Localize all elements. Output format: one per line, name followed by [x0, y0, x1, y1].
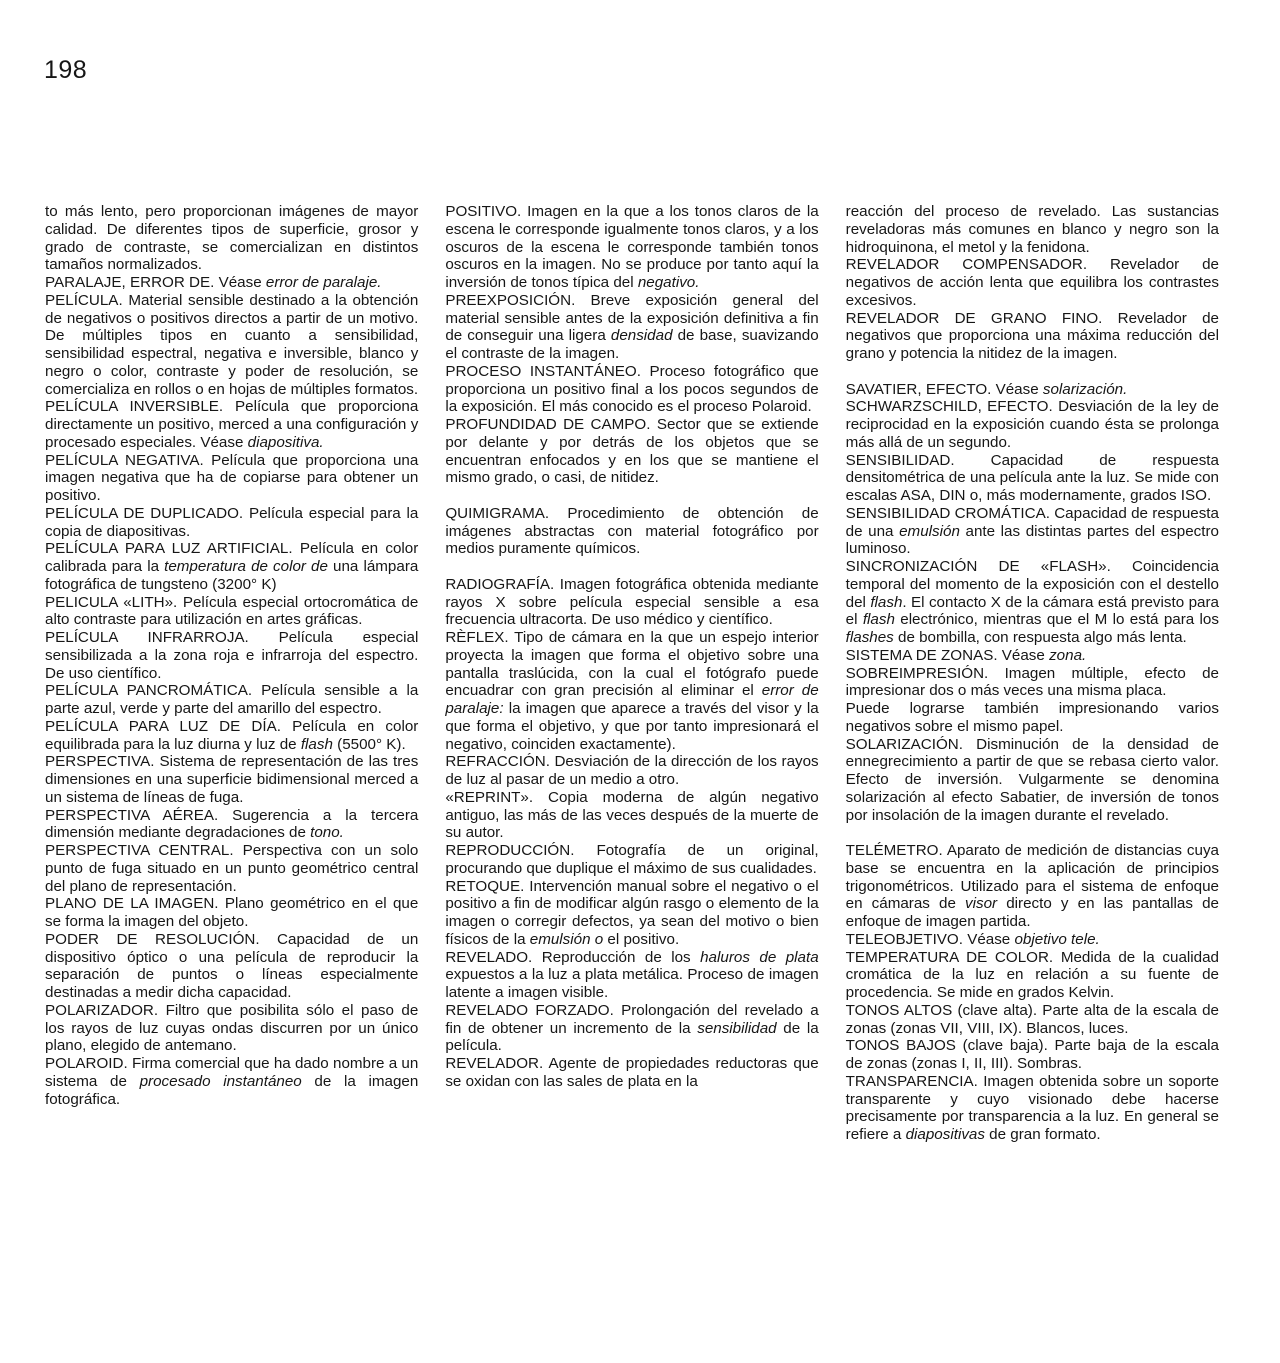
italic-reference: sensibilidad — [697, 1020, 776, 1037]
glossary-term: SISTEMA DE ZONAS. — [846, 647, 998, 664]
glossary-term: SINCRONIZACIÓN DE «FLASH». — [846, 558, 1111, 575]
glossary-term: POLARIZADOR. — [45, 1002, 158, 1019]
glossary-entry: TONOS BAJOS (clave baja). Parte baja de … — [846, 1037, 1219, 1073]
glossary-entry: REVELADO FORZADO. Prolongación del revel… — [445, 1002, 818, 1055]
glossary-term: PELÍCULA PANCROMÁTICA. — [45, 682, 252, 699]
glossary-term: SENSIBILIDAD CROMÁTICA. — [846, 505, 1050, 522]
glossary-term: POLAROID. — [45, 1055, 128, 1072]
text-columns: to más lento, pero proporcionan imágenes… — [45, 203, 1219, 1144]
definition-text: (5500° K). — [333, 736, 406, 753]
glossary-term: TONOS BAJOS — [846, 1037, 956, 1054]
glossary-term: PARALAJE, ERROR DE. — [45, 274, 214, 291]
glossary-entry: PELÍCULA INFRARROJA. Película especial s… — [45, 629, 418, 682]
glossary-term: REPRODUCCIÓN. — [445, 842, 574, 859]
glossary-continuation: reacción del proceso de revelado. Las su… — [846, 203, 1219, 256]
glossary-continuation: to más lento, pero proporcionan imágenes… — [45, 203, 418, 274]
glossary-term: PERSPECTIVA CENTRAL. — [45, 842, 234, 859]
glossary-entry: POSITIVO. Imagen en la que a los tonos c… — [445, 203, 818, 292]
glossary-entry: PELÍCULA NEGATIVA. Película que proporci… — [45, 452, 418, 505]
glossary-entry: PELÍCULA PARA LUZ ARTIFICIAL. Película e… — [45, 540, 418, 593]
italic-reference: zona. — [1049, 647, 1086, 664]
glossary-entry: PERSPECTIVA CENTRAL. Perspectiva con un … — [45, 842, 418, 895]
glossary-entry: REVELADO. Reproducción de los haluros de… — [445, 949, 818, 1002]
glossary-entry: REFRACCIÓN. Desviación de la dirección d… — [445, 753, 818, 789]
glossary-term: SOLARIZACIÓN. — [846, 736, 963, 753]
glossary-entry: REVELADOR. Agente de propiedades reducto… — [445, 1055, 818, 1091]
glossary-entry: PREEXPOSICIÓN. Breve exposición general … — [445, 292, 818, 363]
definition-text: de bombilla, con respuesta algo más lent… — [894, 629, 1187, 646]
glossary-entry: PELÍCULA PANCROMÁTICA. Película sensible… — [45, 682, 418, 718]
glossary-entry: SCHWARZSCHILD, EFECTO. Desviación de la … — [846, 398, 1219, 451]
definition-text: Reproducción de los — [532, 949, 700, 966]
glossary-entry: REVELADOR COMPENSADOR. Revelador de nega… — [846, 256, 1219, 309]
glossary-entry: RÈFLEX. Tipo de cámara en la que un espe… — [445, 629, 818, 753]
glossary-entry: PELÍCULA. Material sensible destinado a … — [45, 292, 418, 399]
glossary-term: TEMPERATURA DE COLOR. — [846, 949, 1054, 966]
glossary-term: SOBREIMPRESIÓN. — [846, 665, 989, 682]
glossary-entry: «REPRINT». Copia moderna de algún negati… — [445, 789, 818, 842]
glossary-entry: RADIOGRAFÍA. Imagen fotográfica obtenida… — [445, 576, 818, 629]
glossary-entry: PERSPECTIVA. Sistema de representación d… — [45, 753, 418, 806]
glossary-term: TONOS ALTOS — [846, 1002, 953, 1019]
glossary-entry: PELÍCULA DE DUPLICADO. Película especial… — [45, 505, 418, 541]
italic-reference: objetivo tele. — [1014, 931, 1099, 948]
glossary-term: PREEXPOSICIÓN. — [445, 292, 575, 309]
glossary-entry: SISTEMA DE ZONAS. Véase zona. — [846, 647, 1219, 665]
glossary-entry: PERSPECTIVA AÉREA. Sugerencia a la terce… — [45, 807, 418, 843]
glossary-term: REFRACCIÓN. — [445, 753, 550, 770]
glossary-term: RÈFLEX. — [445, 629, 508, 646]
column-2: POSITIVO. Imagen en la que a los tonos c… — [445, 203, 818, 1144]
glossary-continuation: Puede lograrse también impresionando var… — [846, 700, 1219, 736]
glossary-term: REVELADO FORZADO. — [445, 1002, 613, 1019]
glossary-term: PODER DE RESOLUCIÓN. — [45, 931, 260, 948]
glossary-entry: POLAROID. Firma comercial que ha dado no… — [45, 1055, 418, 1108]
glossary-term: PELÍCULA INVERSIBLE. — [45, 398, 223, 415]
definition-text: Véase — [998, 647, 1050, 664]
glossary-term: SCHWARZSCHILD, EFECTO. — [846, 398, 1053, 415]
glossary-term: TELÉMETRO. — [846, 842, 943, 859]
glossary-entry: TELEOBJETIVO. Véase objetivo tele. — [846, 931, 1219, 949]
glossary-entry: PROCESO INSTANTÁNEO. Proceso fotográfico… — [445, 363, 818, 416]
italic-reference: flash — [301, 736, 333, 753]
glossary-term: PELICULA «LITH». — [45, 594, 177, 611]
glossary-entry: REPRODUCCIÓN. Fotografía de un original,… — [445, 842, 818, 878]
glossary-term: REVELADOR COMPENSADOR. — [846, 256, 1087, 273]
glossary-entry: SOLARIZACIÓN. Disminución de la densidad… — [846, 736, 1219, 825]
glossary-term: PERSPECTIVA AÉREA. — [45, 807, 218, 824]
italic-reference: diapositivas — [906, 1126, 985, 1143]
definition-text: Puede lograrse también impresionando var… — [846, 700, 1219, 735]
glossary-entry: SENSIBILIDAD CROMÁTICA. Capacidad de res… — [846, 505, 1219, 558]
glossary-term: QUIMIGRAMA. — [445, 505, 549, 522]
italic-reference: procesado instantáneo — [140, 1073, 302, 1090]
italic-reference: flash — [863, 611, 895, 628]
italic-reference: temperatura de color de — [164, 558, 328, 575]
italic-reference: negativo. — [638, 274, 700, 291]
definition-text: reacción del proceso de revelado. Las su… — [846, 203, 1219, 256]
column-3: reacción del proceso de revelado. Las su… — [846, 203, 1219, 1144]
column-1: to más lento, pero proporcionan imágenes… — [45, 203, 418, 1144]
page-number: 198 — [44, 56, 87, 84]
italic-reference: tono. — [310, 824, 344, 841]
glossary-term: SAVATIER, EFECTO. — [846, 381, 992, 398]
glossary-term: PELÍCULA INFRARROJA. — [45, 629, 249, 646]
glossary-entry: TEMPERATURA DE COLOR. Medida de la cuali… — [846, 949, 1219, 1002]
glossary-entry: SAVATIER, EFECTO. Véase solarización. — [846, 381, 1219, 399]
glossary-term: RADIOGRAFÍA. — [445, 576, 554, 593]
definition-text: to más lento, pero proporcionan imágenes… — [45, 203, 418, 273]
glossary-term: PELÍCULA. — [45, 292, 123, 309]
italic-reference: densidad — [611, 327, 673, 344]
glossary-entry: QUIMIGRAMA. Procedimiento de obtención d… — [445, 505, 818, 558]
glossary-entry: PARALAJE, ERROR DE. Véase error de paral… — [45, 274, 418, 292]
definition-text: de gran formato. — [985, 1126, 1101, 1143]
italic-reference: flash — [870, 594, 902, 611]
italic-reference: visor — [965, 895, 997, 912]
glossary-entry: PODER DE RESOLUCIÓN. Capacidad de un dis… — [45, 931, 418, 1002]
glossary-term: REVELADO. — [445, 949, 532, 966]
glossary-entry: TELÉMETRO. Aparato de medición de distan… — [846, 842, 1219, 931]
glossary-term: SENSIBILIDAD. — [846, 452, 955, 469]
definition-text: Véase — [963, 931, 1015, 948]
definition-text: expuestos a la luz a plata metálica. Pro… — [445, 966, 818, 1001]
italic-reference: flashes — [846, 629, 894, 646]
glossary-term: TELEOBJETIVO. — [846, 931, 963, 948]
glossary-entry: PLANO DE LA IMAGEN. Plano geométrico en … — [45, 895, 418, 931]
glossary-term: PELÍCULA PARA LUZ ARTIFICIAL. — [45, 540, 293, 557]
glossary-term: TRANSPARENCIA. — [846, 1073, 978, 1090]
italic-reference: solarización. — [1043, 381, 1127, 398]
definition-text: electrónico, mientras que el M lo está p… — [895, 611, 1219, 628]
glossary-term: PELÍCULA PARA LUZ DE DÍA. — [45, 718, 281, 735]
glossary-term: PROCESO INSTANTÁNEO. — [445, 363, 641, 380]
glossary-term: POSITIVO. — [445, 203, 521, 220]
glossary-entry: PELICULA «LITH». Película especial ortoc… — [45, 594, 418, 630]
italic-reference: emulsión — [899, 523, 960, 540]
glossary-entry: REVELADOR DE GRANO FINO. Revelador de ne… — [846, 310, 1219, 363]
italic-reference: error de paralaje. — [266, 274, 382, 291]
glossary-term: PERSPECTIVA. — [45, 753, 154, 770]
glossary-term: RETOQUE. — [445, 878, 524, 895]
italic-reference: haluros de plata — [700, 949, 819, 966]
glossary-entry: PELÍCULA INVERSIBLE. Película que propor… — [45, 398, 418, 451]
definition-text: Véase — [991, 381, 1043, 398]
glossary-entry: RETOQUE. Intervención manual sobre el ne… — [445, 878, 818, 949]
glossary-term: REVELADOR DE GRANO FINO. — [846, 310, 1103, 327]
glossary-term: PLANO DE LA IMAGEN. — [45, 895, 219, 912]
italic-reference: emulsión o — [530, 931, 603, 948]
glossary-entry: TRANSPARENCIA. Imagen obtenida sobre un … — [846, 1073, 1219, 1144]
glossary-entry: SOBREIMPRESIÓN. Imagen múltiple, efecto … — [846, 665, 1219, 701]
glossary-entry: PELÍCULA PARA LUZ DE DÍA. Película en co… — [45, 718, 418, 754]
glossary-term: «REPRINT». — [445, 789, 533, 806]
glossary-term: REVELADOR. — [445, 1055, 543, 1072]
glossary-term: PROFUNDIDAD DE CAMPO. — [445, 416, 650, 433]
glossary-entry: POLARIZADOR. Filtro que posibilita sólo … — [45, 1002, 418, 1055]
glossary-entry: SINCRONIZACIÓN DE «FLASH». Coincidencia … — [846, 558, 1219, 647]
definition-text: el positivo. — [603, 931, 679, 948]
italic-reference: diapositiva. — [248, 434, 324, 451]
glossary-entry: PROFUNDIDAD DE CAMPO. Sector que se exti… — [445, 416, 818, 487]
glossary-term: PELÍCULA DE DUPLICADO. — [45, 505, 243, 522]
glossary-entry: SENSIBILIDAD. Capacidad de respuesta den… — [846, 452, 1219, 505]
book-page: 198 to más lento, pero proporcionan imág… — [0, 0, 1280, 1363]
definition-text: Véase — [214, 274, 266, 291]
glossary-entry: TONOS ALTOS (clave alta). Parte alta de … — [846, 1002, 1219, 1038]
glossary-term: PELÍCULA NEGATIVA. — [45, 452, 204, 469]
